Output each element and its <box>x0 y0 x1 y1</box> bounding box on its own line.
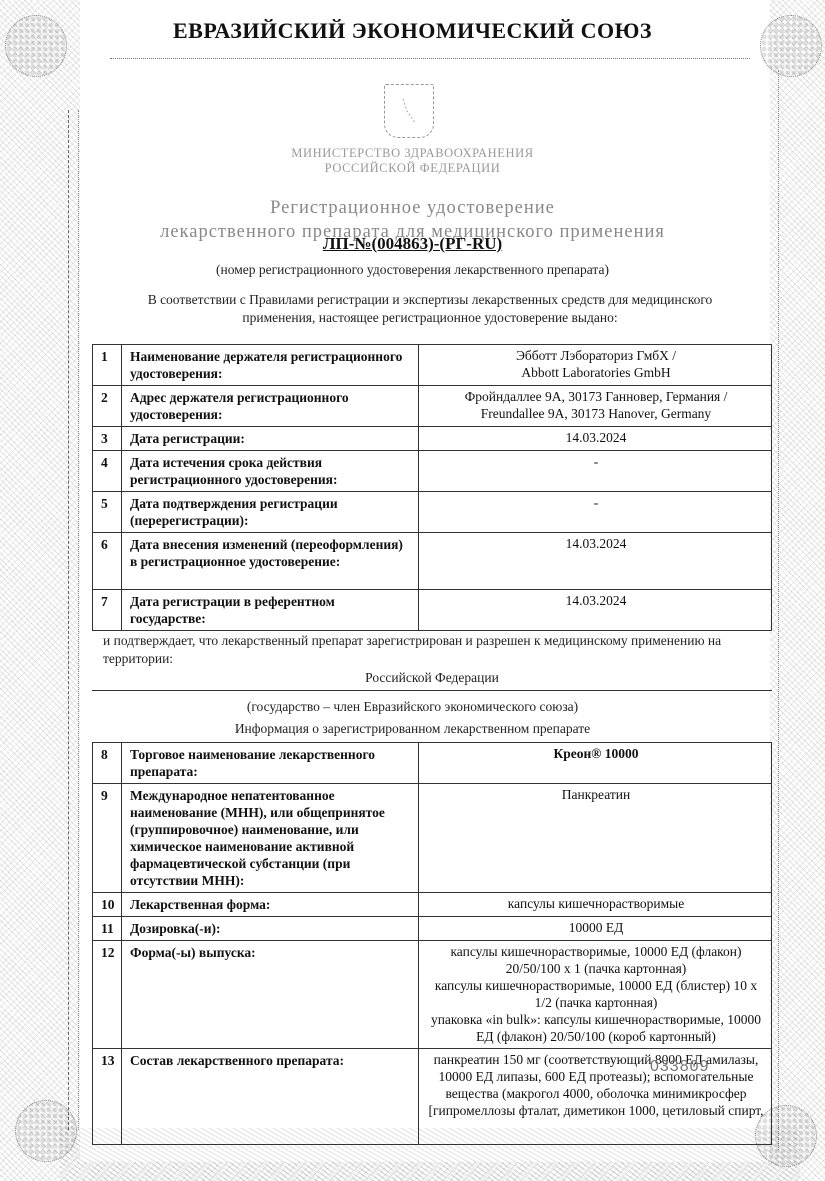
row-label: Лекарственная форма: <box>122 893 419 917</box>
table-row: 6 Дата внесения изменений (переоформлени… <box>93 533 772 590</box>
row-number: 6 <box>93 533 122 590</box>
product-info-heading: Информация о зарегистрированном лекарств… <box>0 721 825 737</box>
row-number: 3 <box>93 427 122 451</box>
row-number: 7 <box>93 590 122 631</box>
row-value: - <box>419 492 772 533</box>
ministry-line-2: РОССИЙСКОЙ ФЕДЕРАЦИИ <box>0 161 825 176</box>
row-value: 14.03.2024 <box>419 533 772 590</box>
row-value: 14.03.2024 <box>419 427 772 451</box>
table-row: 4 Дата истечения срока действия регистра… <box>93 451 772 492</box>
confirmation-text: и подтверждает, что лекарственный препар… <box>103 632 768 668</box>
row-value: - <box>419 451 772 492</box>
row-number: 9 <box>93 784 122 893</box>
serial-number: 033809 <box>650 1058 709 1076</box>
row-value: капсулы кишечнорастворимые, 10000 ЕД (фл… <box>419 941 772 1049</box>
row-label: Международное непатентованное наименован… <box>122 784 419 893</box>
table-row: 5 Дата подтверждения регистрации (перере… <box>93 492 772 533</box>
table-row: 12 Форма(-ы) выпуска: капсулы кишечнорас… <box>93 941 772 1049</box>
row-value: Эбботт Лэбораториз ГмбХ / Abbott Laborat… <box>419 345 772 386</box>
certificate-number-caption: (номер регистрационного удостоверения ле… <box>0 262 825 278</box>
row-label: Дата регистрации: <box>122 427 419 451</box>
table-row: 1 Наименование держателя регистрационног… <box>93 345 772 386</box>
row-value: Панкреатин <box>419 784 772 893</box>
row-label: Дата внесения изменений (переоформления)… <box>122 533 419 590</box>
row-label: Наименование держателя регистрационного … <box>122 345 419 386</box>
ministry-name: МИНИСТЕРСТВО ЗДРАВООХРАНЕНИЯ РОССИЙСКОЙ … <box>0 146 825 176</box>
row-number: 8 <box>93 743 122 784</box>
row-number: 13 <box>93 1049 122 1145</box>
row-label: Состав лекарственного препарата: <box>122 1049 419 1145</box>
row-number: 11 <box>93 917 122 941</box>
row-value: 14.03.2024 <box>419 590 772 631</box>
row-value: Фройндаллее 9А, 30173 Ганновер, Германия… <box>419 386 772 427</box>
holder-info-table: 1 Наименование держателя регистрационног… <box>92 344 772 631</box>
table-row: 9 Международное непатентованное наименов… <box>93 784 772 893</box>
row-value: Креон® 10000 <box>419 743 772 784</box>
table-row: 10 Лекарственная форма: капсулы кишечнор… <box>93 893 772 917</box>
row-number: 2 <box>93 386 122 427</box>
product-info-table: 8 Торговое наименование лекарственного п… <box>92 742 772 1145</box>
certificate-title-line-1: Регистрационное удостоверение <box>0 196 825 220</box>
top-ornament-line <box>110 58 750 59</box>
territory-caption: (государство – член Евразийского экономи… <box>0 699 825 715</box>
table-row: 11 Дозировка(-и): 10000 ЕД <box>93 917 772 941</box>
coat-of-arms-icon <box>384 84 434 138</box>
intro-text: В соответствии с Правилами регистрации и… <box>110 291 750 327</box>
row-label: Дата подтверждения регистрации (перереги… <box>122 492 419 533</box>
row-value: панкреатин 150 мг (соответствующий 8000 … <box>419 1049 772 1145</box>
row-label: Форма(-ы) выпуска: <box>122 941 419 1049</box>
row-label: Дозировка(-и): <box>122 917 419 941</box>
row-value: 10000 ЕД <box>419 917 772 941</box>
table-row: 2 Адрес держателя регистрационного удост… <box>93 386 772 427</box>
ministry-line-1: МИНИСТЕРСТВО ЗДРАВООХРАНЕНИЯ <box>0 146 825 161</box>
row-number: 12 <box>93 941 122 1049</box>
table-row: 7 Дата регистрации в референтном государ… <box>93 590 772 631</box>
row-number: 1 <box>93 345 122 386</box>
row-number: 5 <box>93 492 122 533</box>
certificate-number: ЛП-№(004863)-(РГ-RU) <box>0 234 825 254</box>
row-value: капсулы кишечнорастворимые <box>419 893 772 917</box>
row-label: Дата истечения срока действия регистраци… <box>122 451 419 492</box>
row-number: 4 <box>93 451 122 492</box>
row-label: Дата регистрации в референтном государст… <box>122 590 419 631</box>
row-label: Адрес держателя регистрационного удостов… <box>122 386 419 427</box>
table-row: 8 Торговое наименование лекарственного п… <box>93 743 772 784</box>
territory-name: Российской Федерации <box>92 670 772 691</box>
row-number: 10 <box>93 893 122 917</box>
row-label: Торговое наименование лекарственного пре… <box>122 743 419 784</box>
table-row: 3 Дата регистрации: 14.03.2024 <box>93 427 772 451</box>
union-title: ЕВРАЗИЙСКИЙ ЭКОНОМИЧЕСКИЙ СОЮЗ <box>0 18 825 44</box>
